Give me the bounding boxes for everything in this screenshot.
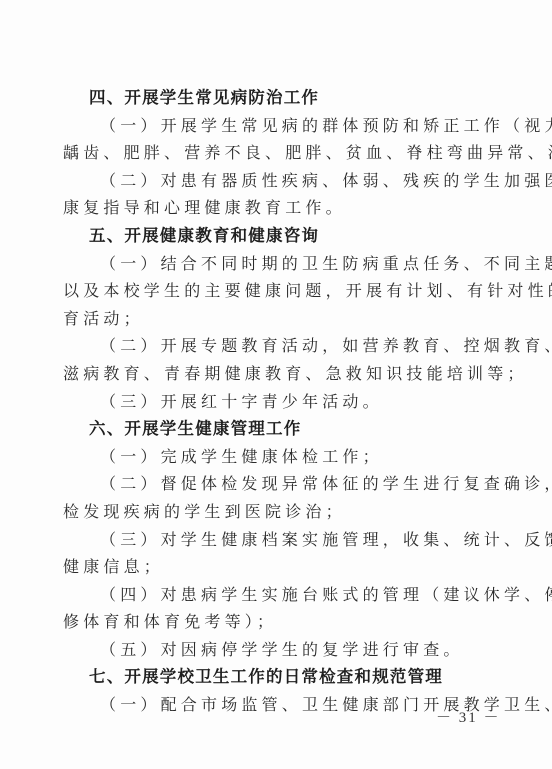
paragraph-line: （五）对因病停学学生的复学进行审查。 [63, 636, 483, 664]
paragraph-line: 检发现疾病的学生到医院诊治； [63, 498, 483, 526]
paragraph-line: 龋齿、肥胖、营养不良、肥胖、贫血、脊柱弯曲异常、沙眼等）； [63, 139, 483, 167]
paragraph-line: 健康信息； [63, 553, 483, 581]
paragraph-line: 修体育和体育免考等）； [63, 608, 483, 636]
paragraph-line: （四）对患病学生实施台账式的管理（建议休学、停学、免 [63, 581, 483, 609]
paragraph-line: 以及本校学生的主要健康问题，开展有计划、有针对性的健康教 [63, 277, 483, 305]
section-heading-6: 六、开展学生健康管理工作 [63, 415, 483, 443]
document-body: 四、开展学生常见病防治工作 （一）开展学生常见病的群体预防和矫正工作（视力低下、… [63, 84, 483, 719]
section-heading-5: 五、开展健康教育和健康咨询 [63, 222, 483, 250]
paragraph-line: （三）开展红十字青少年活动。 [63, 388, 483, 416]
section-heading-4: 四、开展学生常见病防治工作 [63, 84, 483, 112]
paragraph-line: （二）对患有器质性疾病、体弱、残疾的学生加强医学照顾、 [63, 167, 483, 195]
paragraph-line: （一）完成学生健康体检工作； [63, 443, 483, 471]
paragraph-line: （二）督促体检发现异常体征的学生进行复查确诊，督促体 [63, 470, 483, 498]
paragraph-line: 滋病教育、青春期健康教育、急救知识技能培训等； [63, 360, 483, 388]
paragraph-line: 康复指导和心理健康教育工作。 [63, 194, 483, 222]
page-number: － 31 － [436, 706, 501, 727]
paragraph-line: （一）配合市场监管、卫生健康部门开展教学卫生、体育卫 [63, 691, 483, 719]
paragraph-line: 育活动； [63, 305, 483, 333]
paragraph-line: （一）开展学生常见病的群体预防和矫正工作（视力低下、 [63, 112, 483, 140]
paragraph-line: （一）结合不同时期的卫生防病重点任务、不同主题卫生日 [63, 250, 483, 278]
paragraph-line: （二）开展专题教育活动，如营养教育、控烟教育、预防艾 [63, 332, 483, 360]
section-heading-7: 七、开展学校卫生工作的日常检查和规范管理 [63, 663, 483, 691]
paragraph-line: （三）对学生健康档案实施管理，收集、统计、反馈师生的 [63, 526, 483, 554]
